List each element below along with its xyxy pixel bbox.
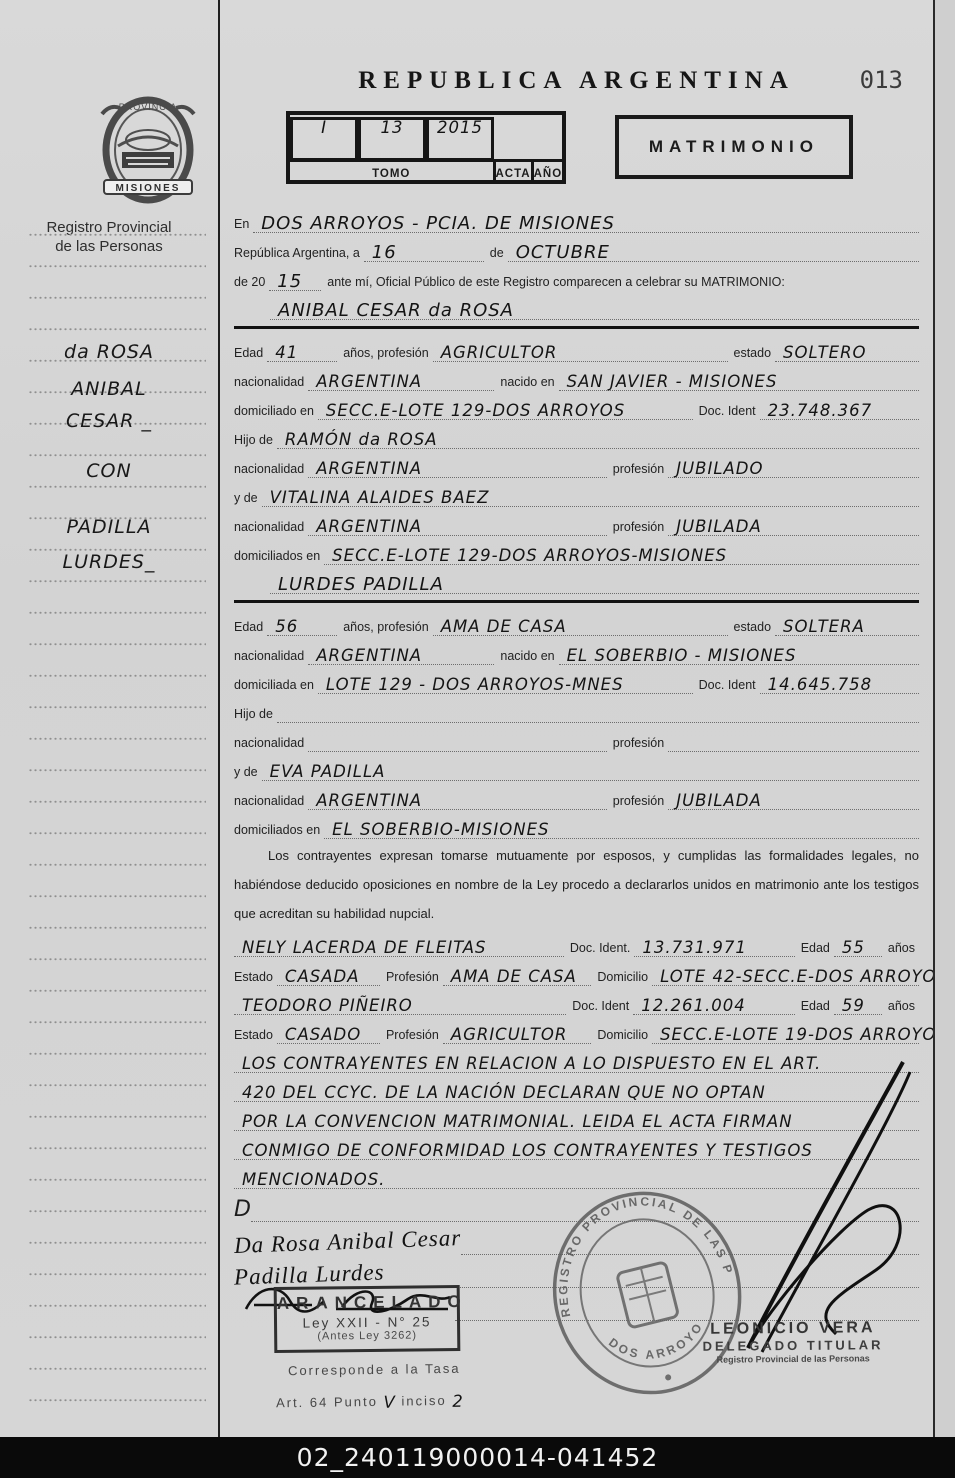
label-doc-ident: Doc. Ident. (564, 941, 634, 957)
field-row-groom-padres-dom: domiciliados en SECC.E-LOTE 129-DOS ARRO… (234, 536, 919, 565)
bride-estado-field: SOLTERA (775, 617, 919, 636)
bride-madre-value: EVA PADILLA (270, 764, 386, 781)
groom-madre-nac-field: ARGENTINA (308, 517, 607, 536)
groom-nacionalidad-field: ARGENTINA (308, 372, 494, 391)
label-edad: Edad (234, 620, 267, 636)
label-estado: Estado (234, 970, 277, 986)
section-divider (234, 326, 919, 329)
place-field: DOS ARROYOS - PCIA. DE MISIONES (253, 213, 919, 233)
groom-nacionalidad-value: ARGENTINA (316, 374, 422, 391)
scan-footer-bar: 02_240119000014-041452 (0, 1437, 955, 1478)
label-edad: Edad (234, 346, 267, 362)
official-org: Registro Provincial de las Personas (688, 1353, 898, 1365)
witness1-prof-value: AMA DE CASA (451, 969, 577, 986)
groom-padre-nac-value: ARGENTINA (316, 461, 422, 478)
witness2-edad-value: 59 (842, 998, 865, 1015)
bride-domicilio-value: LOTE 129 - DOS ARROYOS-MNES (326, 677, 624, 694)
label-anos-profesion: años, profesión (337, 620, 432, 636)
misiones-provincial-seal-icon: MISIONES PROVINCIA (92, 94, 204, 212)
arancelado-line2: Ley XXII - N° 25 (277, 1314, 457, 1331)
official-pen-signature (718, 1048, 928, 1358)
witness1-edad-field: 55 (834, 938, 882, 957)
stray-pen-mark: D (234, 1197, 251, 1222)
groom-madre-field: VITALINA ALAIDES BAEZ (262, 488, 919, 507)
groom-padre-field: RAMÓN da ROSA (277, 430, 919, 449)
header-boxes-row: I 13 2015 TOMO ACTA AÑO MATRIMONIO (234, 111, 919, 184)
field-row-year: de 20 15 ante mí, Oficial Público de est… (234, 262, 919, 291)
official-title: DELEGADO TITULAR (688, 1337, 898, 1354)
month-field: OCTUBRE (508, 242, 919, 262)
label-de: de (484, 246, 508, 262)
field-row-groom-padre: Hijo de RAMÓN da ROSA (234, 420, 919, 449)
field-row-groom-padre-nac: nacionalidad ARGENTINA profesión JUBILAD… (234, 449, 919, 478)
field-row-place: En DOS ARROYOS - PCIA. DE MISIONES (234, 204, 919, 233)
witness1-dom-field: LOTE 42-SECC.E-DOS ARROYOS (652, 967, 919, 986)
witness2-dom-field: SECC.E-LOTE 19-DOS ARROYOS (652, 1025, 919, 1044)
bride-padres-dom-value: EL SOBERBIO-MISIONES (332, 822, 549, 839)
closing-line2: 420 DEL CCYC. DE LA NACIÓN DECLARAN QUE … (242, 1085, 766, 1102)
field-row-bride-name: LURDES PADILLA (234, 565, 919, 594)
official-name-stamp: LEONICIO VERA DELEGADO TITULAR Registro … (688, 1319, 898, 1365)
bride-profesion-value: AMA DE CASA (441, 619, 567, 636)
label-profesion: profesión (607, 794, 668, 810)
label-domicilio: Domicilio (591, 1028, 652, 1044)
label-nacionalidad: nacionalidad (234, 462, 308, 478)
margin-name-bride-first: LURDES_ (0, 551, 218, 573)
bride-doc-field: 14.645.758 (760, 675, 919, 694)
svg-text:PROVINCIA: PROVINCIA (119, 102, 178, 112)
groom-name-value: ANIBAL CESAR da ROSA (278, 302, 514, 320)
bride-edad-value: 56 (275, 619, 298, 636)
label-domicilio: Domicilio (591, 970, 652, 986)
groom-padre-value: RAMÓN da ROSA (285, 432, 438, 449)
margin-name-groom-middle: CESAR _ (0, 410, 218, 432)
witness2-row-name: TEODORO PIÑEIRO Doc. Ident 12.261.004 Ed… (234, 986, 919, 1015)
label-profesion: Profesión (380, 970, 443, 986)
witness1-dom-value: LOTE 42-SECC.E-DOS ARROYOS (660, 969, 935, 986)
label-profesion: Profesión (380, 1028, 443, 1044)
witness2-name-value: TEODORO PIÑEIRO (242, 998, 413, 1015)
witness1-edad-value: 55 (842, 940, 865, 957)
label-nacido-en: nacido en (494, 649, 558, 665)
witness1-name-field: NELY LACERDA DE FLEITAS (234, 938, 564, 957)
label-republica: República Argentina, a (234, 246, 364, 262)
label-y-de: y de (234, 491, 262, 507)
arancelado-line1: ARANCELADO (277, 1292, 457, 1314)
official-name: LEONICIO VERA (688, 1319, 898, 1339)
bride-nacido-field: EL SOBERBIO - MISIONES (559, 646, 919, 665)
label-domiciliada-en: domiciliada en (234, 678, 318, 694)
place-value: DOS ARROYOS - PCIA. DE MISIONES (261, 215, 615, 233)
bride-madre-nac-value: ARGENTINA (316, 793, 422, 810)
scan-code: 02_240119000014-041452 (297, 1443, 659, 1472)
groom-doc-value: 23.748.367 (768, 403, 872, 420)
field-row-bride-nacionalidad: nacionalidad ARGENTINA nacido en EL SOBE… (234, 636, 919, 665)
declaration-paragraph: Los contrayentes expresan tomarse mutuam… (234, 841, 919, 928)
tasa-handwritten-v: V (383, 1395, 396, 1412)
bride-madre-nac-field: ARGENTINA (308, 791, 607, 810)
label-hijo-de: Hijo de (234, 707, 277, 723)
groom-edad-field: 41 (267, 343, 337, 362)
label-nacionalidad: nacionalidad (234, 520, 308, 536)
label-profesion: profesión (607, 520, 668, 536)
page-right-edge (935, 0, 955, 1437)
witness1-name-value: NELY LACERDA DE FLEITAS (242, 940, 487, 957)
bride-doc-value: 14.645.758 (768, 677, 872, 694)
bride-nacionalidad-value: ARGENTINA (316, 648, 422, 665)
witness2-prof-field: AGRICULTOR (443, 1025, 592, 1044)
witness1-row-name: NELY LACERDA DE FLEITAS Doc. Ident. 13.7… (234, 928, 919, 957)
groom-domicilio-field: SECC.E-LOTE 129-DOS ARROYOS (318, 401, 693, 420)
bride-padre-field (277, 704, 919, 723)
margin-name-con: CON (0, 460, 218, 482)
groom-madre-prof-value: JUBILADA (676, 519, 762, 536)
field-row-bride-padre-nac: nacionalidad profesión (234, 723, 919, 752)
field-row-groom-madre-nac: nacionalidad ARGENTINA profesión JUBILAD… (234, 507, 919, 536)
groom-estado-value: SOLTERO (783, 345, 867, 362)
label-nacionalidad: nacionalidad (234, 736, 308, 752)
groom-madre-value: VITALINA ALAIDES BAEZ (270, 490, 490, 507)
groom-domicilio-value: SECC.E-LOTE 129-DOS ARROYOS (326, 403, 625, 420)
acta-value: 13 (358, 117, 426, 161)
label-profesion: profesión (607, 462, 668, 478)
groom-estado-field: SOLTERO (775, 343, 919, 362)
groom-nacido-field: SAN JAVIER - MISIONES (559, 372, 919, 391)
witness2-estado-field: CASADO (277, 1025, 380, 1044)
section-divider (234, 600, 919, 603)
svg-text:MISIONES: MISIONES (116, 183, 181, 194)
bride-domicilio-field: LOTE 129 - DOS ARROYOS-MNES (318, 675, 693, 694)
field-row-bride-domicilio: domiciliada en LOTE 129 - DOS ARROYOS-MN… (234, 665, 919, 694)
year-value: 15 (277, 273, 302, 291)
bride-padre-prof-field (668, 733, 919, 752)
bride-padre-nac-field (308, 733, 607, 752)
bride-madre-prof-field: JUBILADA (668, 791, 919, 810)
tasa-pre: Art. 64 Punto (276, 1394, 378, 1410)
label-anos: años (882, 999, 919, 1015)
groom-padres-dom-field: SECC.E-LOTE 129-DOS ARROYOS-MISIONES (324, 546, 919, 565)
groom-padre-prof-field: JUBILADO (668, 459, 919, 478)
field-row-bride-madre: y de EVA PADILLA (234, 752, 919, 781)
bride-name-value: LURDES PADILLA (278, 576, 444, 594)
day-value: 16 (372, 244, 397, 262)
field-row-bride-padres-dom: domiciliados en EL SOBERBIO-MISIONES (234, 810, 919, 839)
bride-padres-dom-field: EL SOBERBIO-MISIONES (324, 820, 919, 839)
tomo-acta-anio-table: I 13 2015 TOMO ACTA AÑO (286, 111, 566, 184)
field-row-groom-edad: Edad 41 años, profesión AGRICULTOR estad… (234, 333, 919, 362)
label-nacionalidad: nacionalidad (234, 794, 308, 810)
groom-madre-nac-value: ARGENTINA (316, 519, 422, 536)
groom-padre-prof-value: JUBILADO (676, 461, 763, 478)
year-field: 15 (269, 271, 321, 291)
tomo-label: TOMO (288, 161, 494, 182)
label-domiciliado-en: domiciliado en (234, 404, 318, 420)
field-row-date: República Argentina, a 16 de OCTUBRE (234, 233, 919, 262)
bride-madre-prof-value: JUBILADA (676, 793, 762, 810)
field-row-bride-madre-nac: nacionalidad ARGENTINA profesión JUBILAD… (234, 781, 919, 810)
groom-madre-prof-field: JUBILADA (668, 517, 919, 536)
bride-nacionalidad-field: ARGENTINA (308, 646, 494, 665)
label-estado: estado (728, 620, 776, 636)
bride-profesion-field: AMA DE CASA (433, 617, 728, 636)
label-edad: Edad (795, 999, 834, 1015)
witness2-prof-value: AGRICULTOR (451, 1027, 568, 1044)
certificate-main-area: REPUBLICA ARGENTINA 013 I 13 2015 TOMO A… (218, 0, 935, 1437)
witness1-row-detail: Estado CASADA Profesión AMA DE CASA Domi… (234, 957, 919, 986)
margin-name-surname-bride: PADILLA (0, 516, 218, 538)
groom-padre-nac-field: ARGENTINA (308, 459, 607, 478)
groom-doc-field: 23.748.367 (760, 401, 919, 420)
label-doc-ident: Doc. Ident (693, 678, 760, 694)
field-row-bride-edad: Edad 56 años, profesión AMA DE CASA esta… (234, 607, 919, 636)
bride-estado-value: SOLTERA (783, 619, 865, 636)
groom-edad-value: 41 (275, 345, 298, 362)
witness1-doc-field: 13.731.971 (634, 938, 794, 957)
witness2-row-detail: Estado CASADO Profesión AGRICULTOR Domic… (234, 1015, 919, 1044)
left-margin-column: MISIONES PROVINCIA Registro Provincial d… (0, 0, 218, 1437)
bride-edad-field: 56 (267, 617, 337, 636)
groom-profesion-value: AGRICULTOR (441, 345, 558, 362)
label-anos: años (882, 941, 919, 957)
page-number: 013 (809, 66, 919, 94)
witness1-doc-value: 13.731.971 (642, 940, 746, 957)
tasa-mid: inciso (401, 1393, 446, 1409)
label-de20: de 20 (234, 275, 269, 291)
day-field: 16 (364, 242, 484, 262)
anio-label: AÑO (532, 161, 564, 182)
record-type-box: MATRIMONIO (615, 115, 853, 179)
tasa-stamp-line1: Corresponde a la Tasa (288, 1361, 461, 1378)
margin-name-surname-groom: da ROSA (0, 341, 218, 363)
tasa-handwritten-n: 2 (452, 1394, 464, 1411)
witness1-estado-field: CASADA (277, 967, 380, 986)
field-row-groom-nacionalidad: nacionalidad ARGENTINA nacido en SAN JAV… (234, 362, 919, 391)
field-row-groom-madre: y de VITALINA ALAIDES BAEZ (234, 478, 919, 507)
groom-name-field: ANIBAL CESAR da ROSA (270, 300, 919, 320)
label-hijo-de: Hijo de (234, 433, 277, 449)
groom-padres-dom-value: SECC.E-LOTE 129-DOS ARROYOS-MISIONES (332, 548, 727, 565)
field-row-groom-domicilio: domiciliado en SECC.E-LOTE 129-DOS ARROY… (234, 391, 919, 420)
label-estado: estado (728, 346, 776, 362)
tomo-value: I (290, 117, 358, 161)
label-doc-ident: Doc. Ident (566, 999, 633, 1015)
witness2-edad-field: 59 (834, 996, 882, 1015)
margin-name-groom-first: ANIBAL (0, 378, 218, 400)
tasa-stamp-line2: Art. 64 Punto V inciso 2 (276, 1392, 464, 1411)
groom-signature: Da Rosa Anibal Cesar (234, 1225, 462, 1259)
label-profesion: profesión (607, 736, 668, 752)
label-nacionalidad: nacionalidad (234, 375, 308, 391)
witness1-prof-field: AMA DE CASA (443, 967, 592, 986)
acta-label: ACTA (494, 161, 532, 182)
field-row-bride-padre: Hijo de (234, 694, 919, 723)
label-domiciliados-en: domiciliados en (234, 823, 324, 839)
witness2-dom-value: SECC.E-LOTE 19-DOS ARROYOS (660, 1027, 935, 1044)
label-edad: Edad (795, 941, 834, 957)
arancelado-stamp: ARANCELADO Ley XXII - N° 25 (Antes Ley 3… (274, 1285, 461, 1353)
groom-profesion-field: AGRICULTOR (433, 343, 728, 362)
bride-nacido-value: EL SOBERBIO - MISIONES (567, 648, 797, 665)
label-anos-profesion: años, profesión (337, 346, 432, 362)
label-ante-mi: ante mí, Oficial Público de este Registr… (321, 275, 789, 291)
scanned-marriage-certificate: MISIONES PROVINCIA Registro Provincial d… (0, 0, 955, 1478)
header-row: REPUBLICA ARGENTINA 013 (234, 66, 919, 95)
label-nacido-en: nacido en (494, 375, 558, 391)
label-nacionalidad: nacionalidad (234, 649, 308, 665)
label-en: En (234, 217, 253, 233)
closing-line3: POR LA CONVENCION MATRIMONIAL. LEIDA EL … (242, 1114, 793, 1131)
witness2-doc-value: 12.261.004 (641, 998, 745, 1015)
label-y-de: y de (234, 765, 262, 781)
witness2-name-field: TEODORO PIÑEIRO (234, 996, 566, 1015)
groom-nacido-value: SAN JAVIER - MISIONES (567, 374, 778, 391)
witness2-estado-value: CASADO (285, 1027, 361, 1044)
anio-value: 2015 (426, 117, 494, 161)
bride-madre-field: EVA PADILLA (262, 762, 919, 781)
label-estado: Estado (234, 1028, 277, 1044)
bride-name-field: LURDES PADILLA (270, 574, 919, 594)
witness1-estado-value: CASADA (285, 969, 360, 986)
field-row-groom-name: ANIBAL CESAR da ROSA (234, 291, 919, 320)
month-value: OCTUBRE (516, 244, 610, 262)
witness2-doc-field: 12.261.004 (633, 996, 794, 1015)
label-doc-ident: Doc. Ident (693, 404, 760, 420)
closing-line5: MENCIONADOS. (242, 1172, 385, 1189)
document-title: REPUBLICA ARGENTINA (234, 67, 809, 95)
label-domiciliados-en: domiciliados en (234, 549, 324, 565)
arancelado-line3: (Antes Ley 3262) (277, 1329, 457, 1343)
